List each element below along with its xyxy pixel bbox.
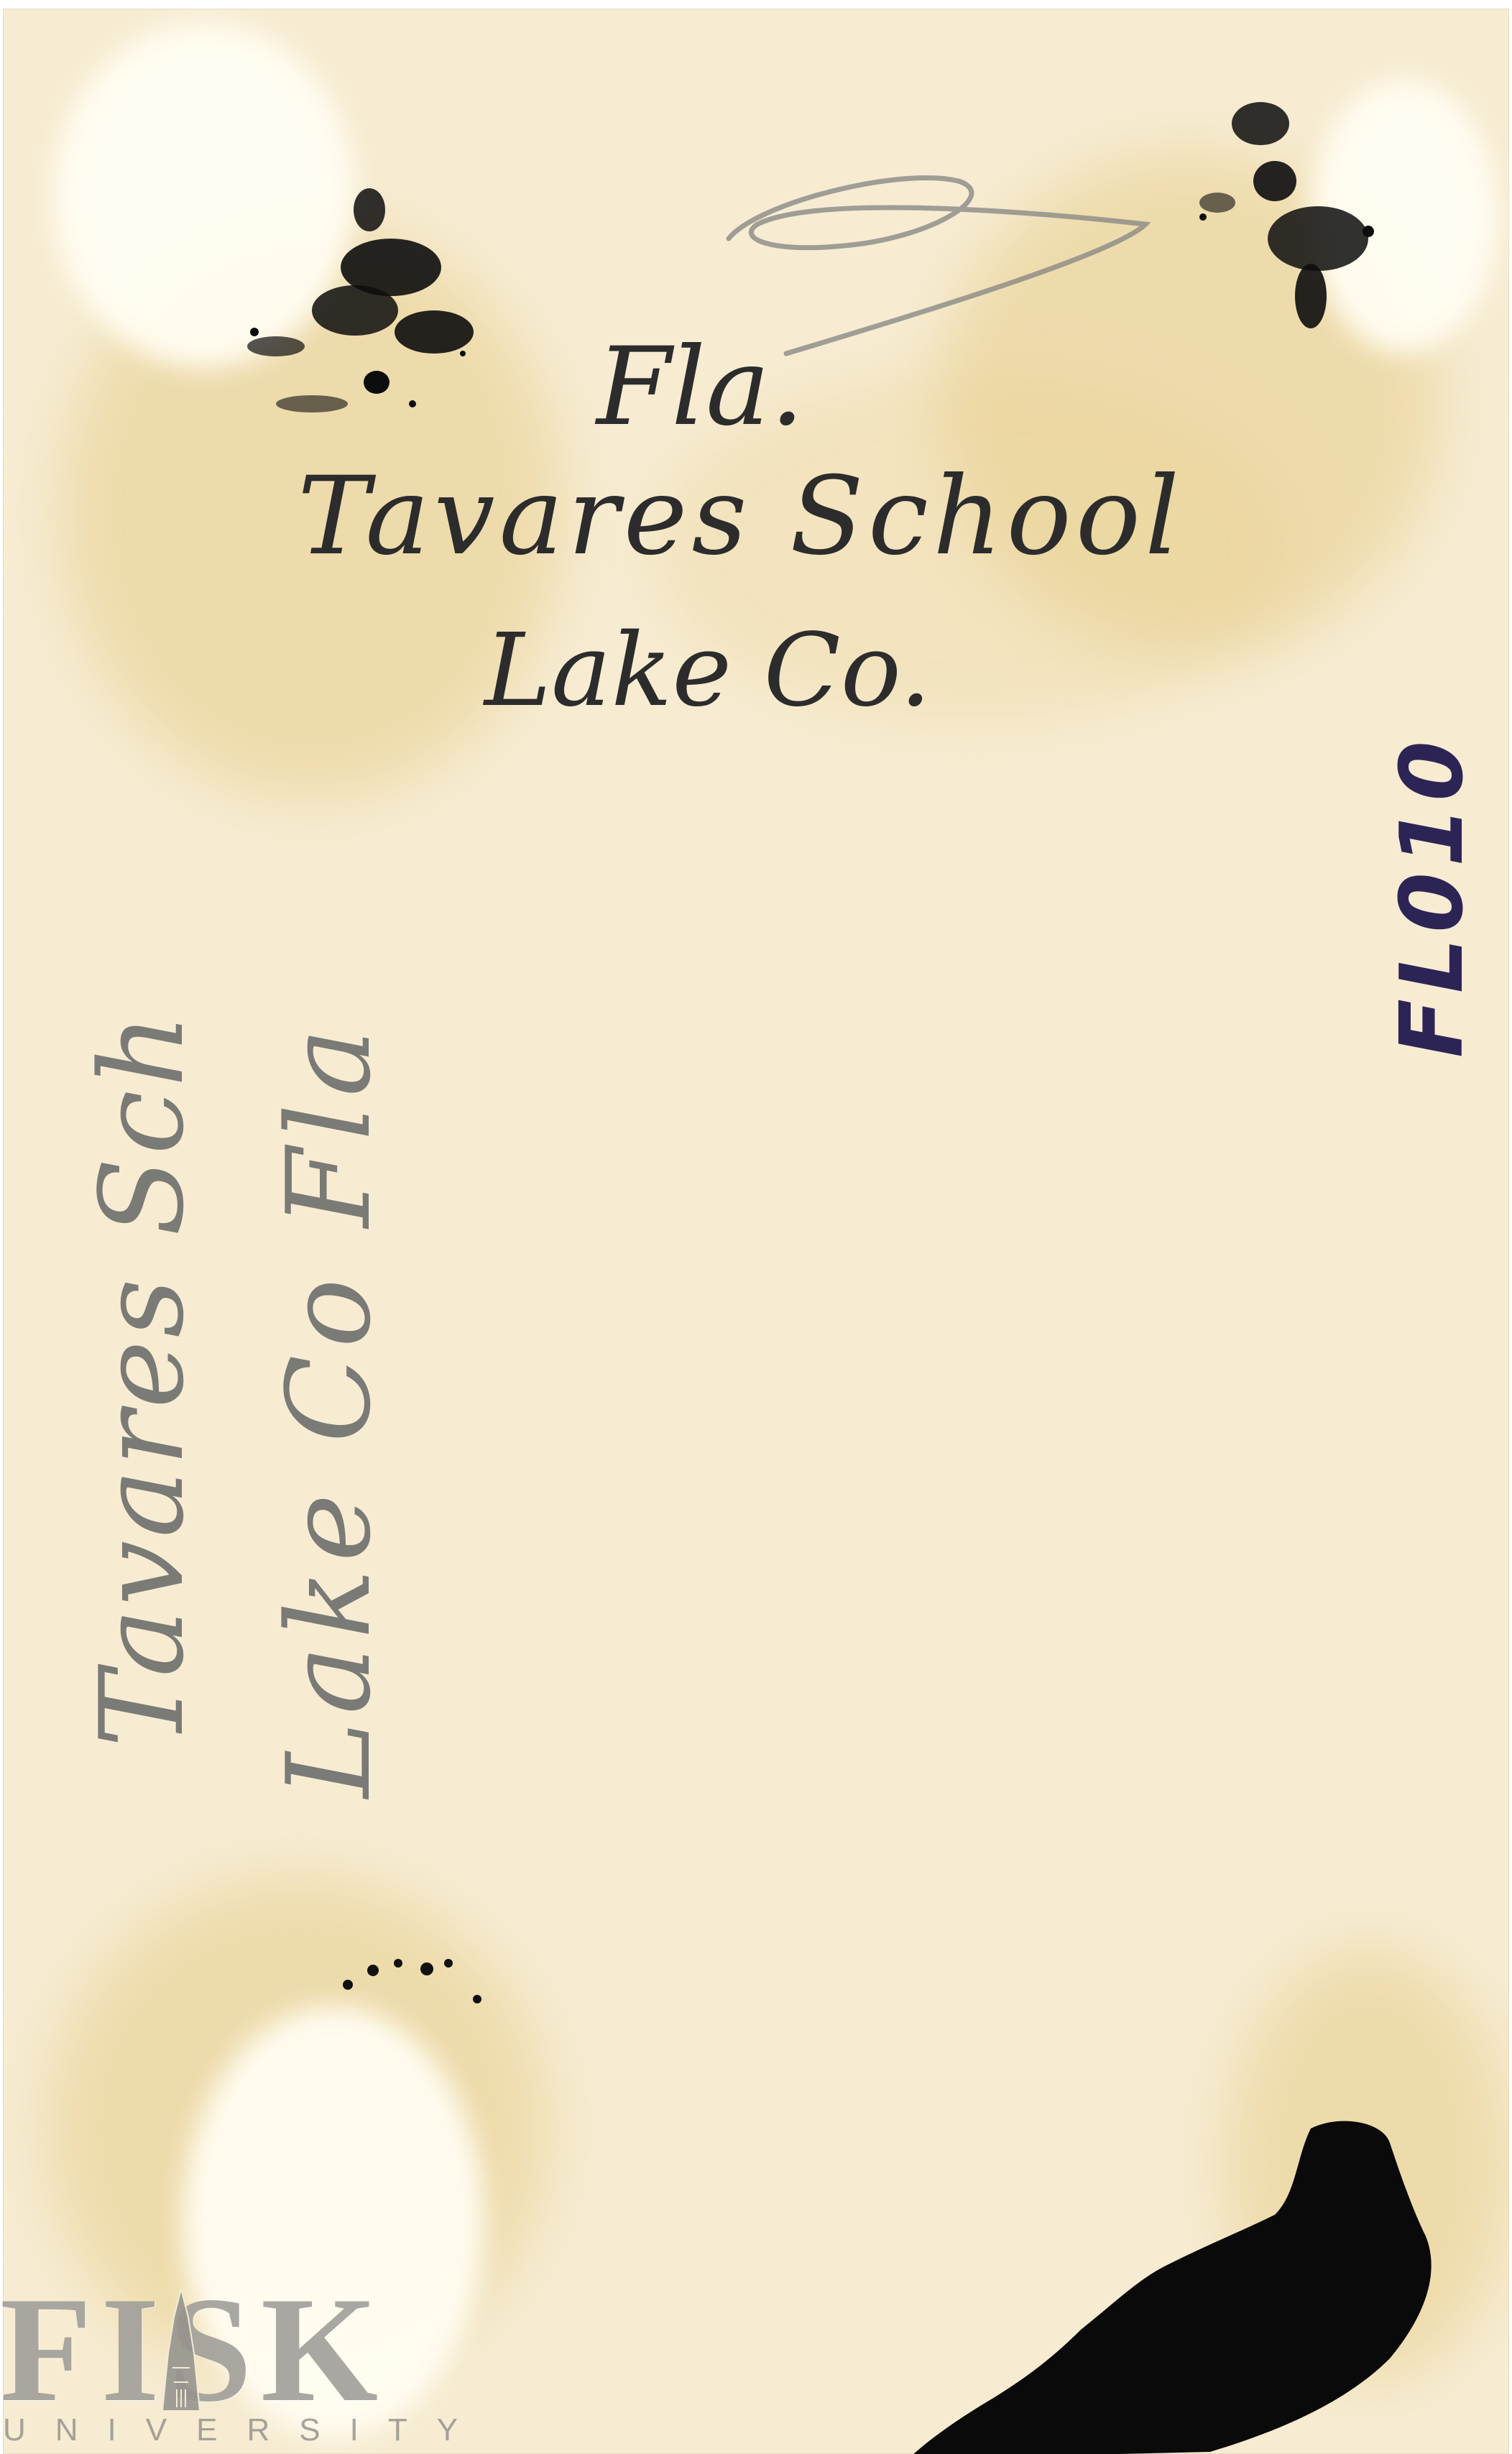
glue-residue-blot: [175, 167, 506, 440]
catalog-id-label: FL010: [1383, 735, 1483, 1058]
watermark-subtitle: UNIVERSITY: [3, 2412, 571, 2448]
ink-school-name: Tavares School: [298, 454, 1184, 579]
ink-state-label: Fla.: [596, 325, 804, 450]
chapel-spire-icon: [152, 2289, 210, 2411]
fisk-university-watermark: FISK UNIVERSITY: [0, 2289, 568, 2454]
pencil-school-note: Tavares Sch: [75, 1010, 209, 1748]
glue-residue-blot: [1174, 88, 1419, 346]
glue-residue-blot: [908, 2085, 1455, 2454]
photo-card-verso: Fla. Tavares School Lake Co. FL010 Tavar…: [3, 9, 1509, 2454]
residue-specks: [333, 1942, 492, 2006]
watermark-wordmark: FISK: [0, 2289, 568, 2411]
ink-county-label: Lake Co.: [484, 612, 931, 729]
pencil-location-note: Lake Co Fla: [262, 1021, 396, 1798]
